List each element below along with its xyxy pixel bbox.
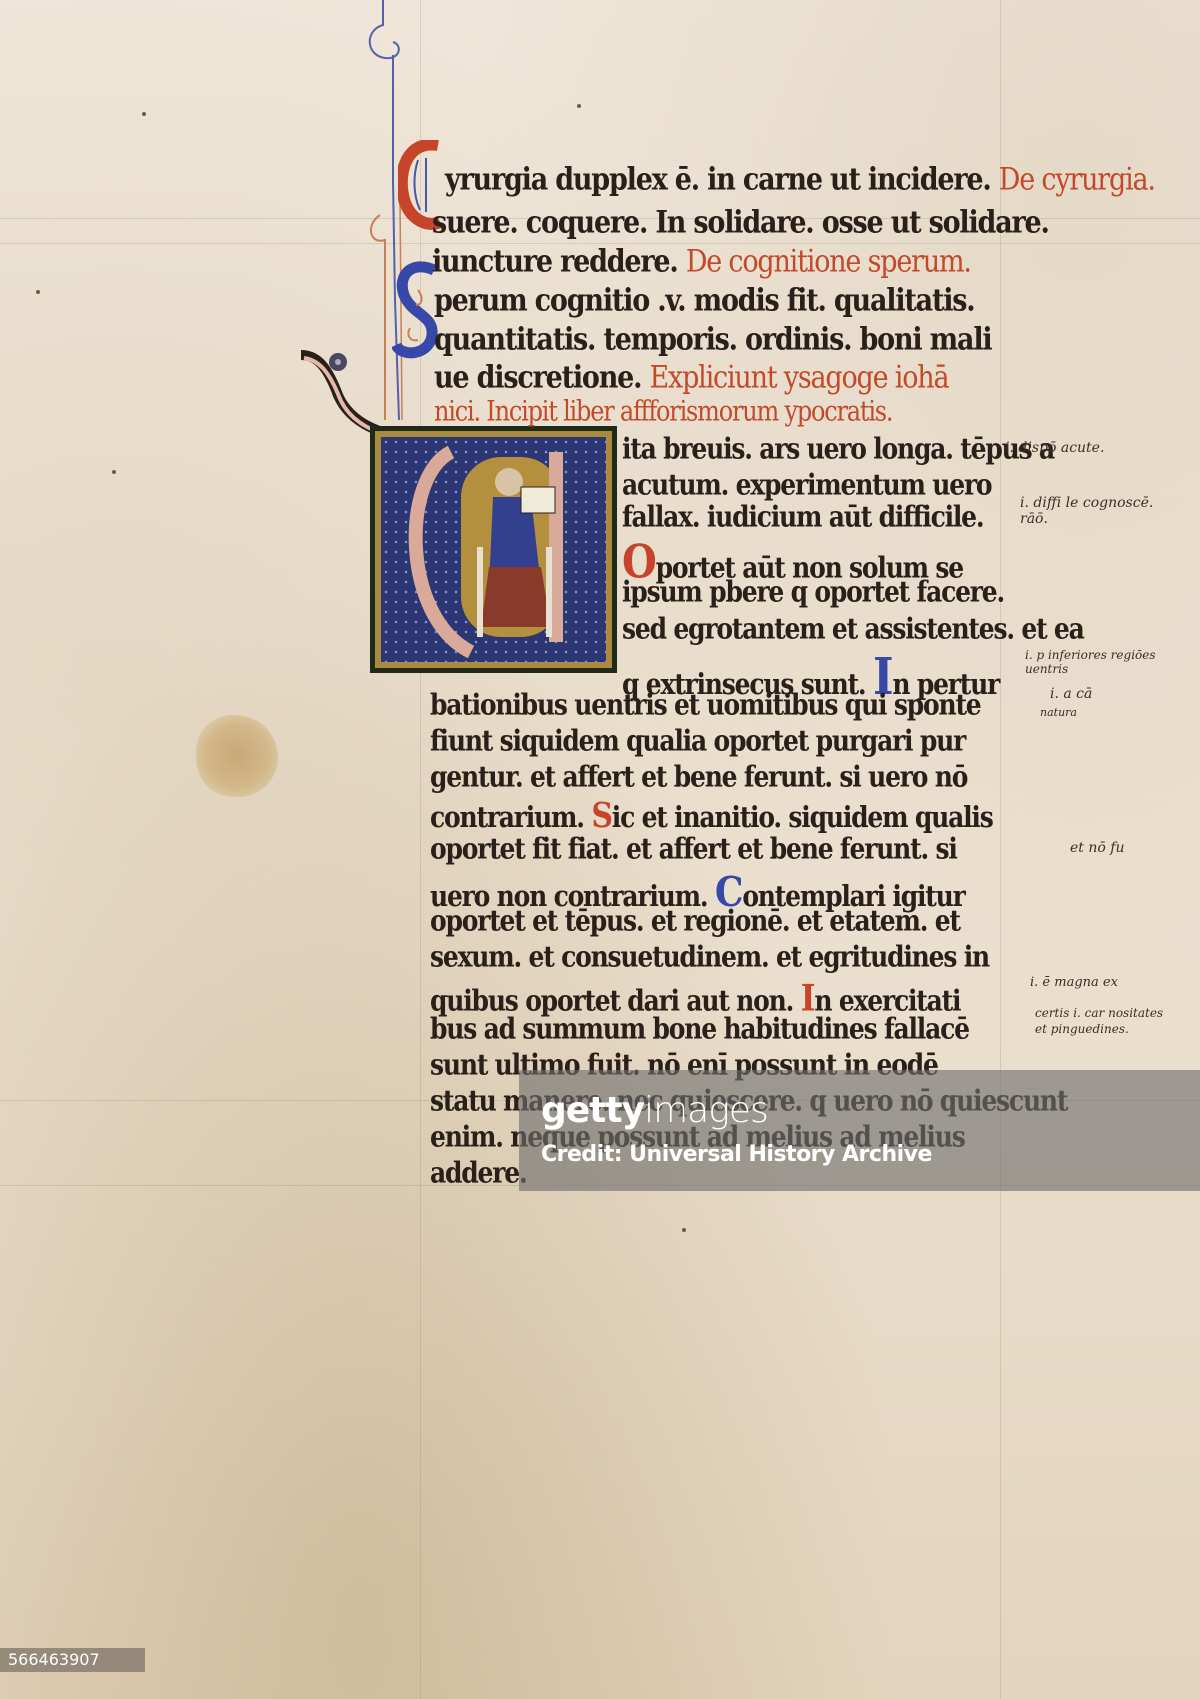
historiated-initial-miniature	[370, 426, 617, 673]
marginal-gloss: i. diffi le cognoscē. rāō.	[1020, 495, 1160, 527]
manuscript-line: fiunt siquidem qualia oportet purgari pu…	[430, 724, 965, 757]
watermark-credit: Credit: Universal History Archive	[541, 1142, 932, 1167]
manuscript-line: contrarium. Sic et inanitio. siquidem qu…	[430, 796, 993, 836]
manuscript-line: perum cognitio .v. modis fit. qualitatis…	[434, 283, 974, 319]
manuscript-line: ipsum pbere q oportet facere.	[622, 575, 1004, 608]
ruling-line-vertical	[1000, 0, 1001, 1699]
marginal-gloss: natura	[1040, 706, 1077, 719]
manuscript-line: addere.	[430, 1156, 526, 1189]
parchment-page: yrurgia dupplex ē. in carne ut incidere.…	[0, 0, 1200, 1699]
ruling-line-vertical	[420, 0, 421, 1699]
manuscript-line: bus ad summum bone habitudines fallacē	[430, 1012, 969, 1045]
marginal-gloss: i. ē magna ex	[1030, 975, 1118, 990]
parchment-speck	[142, 112, 146, 116]
marginal-gloss: i. a cā	[1050, 686, 1092, 702]
manuscript-line: fallax. iudicium aūt difficile.	[622, 500, 983, 533]
marginal-gloss: certis i. car nositates et pinguedines.	[1035, 1005, 1165, 1037]
manuscript-line: sexum. et consuetudinem. et egritudines …	[430, 940, 989, 973]
parchment-speck	[112, 470, 116, 474]
scholar-reading-book-illustration	[381, 437, 604, 660]
manuscript-line: acutum. experimentum uero	[622, 468, 991, 501]
initial-s: S	[591, 796, 611, 836]
parchment-speck	[682, 1228, 686, 1232]
manuscript-line: quantitatis. temporis. ordinis. boni mal…	[434, 322, 991, 358]
manuscript-line: oportet et tēpus. et regionē. et etatem.…	[430, 904, 960, 937]
marginal-gloss: i. dispō acute.	[1005, 440, 1104, 456]
marginal-gloss: i. p inferiores regiōes uentris	[1025, 648, 1185, 676]
getty-images-logo: gettyimages	[541, 1090, 768, 1131]
manuscript-line: sed egrotantem et assistentes. et ea	[622, 612, 1084, 645]
manuscript-line: oportet fit fiat. et affert et bene feru…	[430, 832, 957, 865]
marginal-gloss: et nō fu	[1070, 840, 1124, 856]
manuscript-line: gentur. et affert et bene ferunt. si uer…	[430, 760, 967, 793]
parchment-stain	[196, 715, 278, 797]
image-id-label: 566463907	[0, 1648, 145, 1672]
parchment-speck	[577, 104, 581, 108]
manuscript-line: yrurgia dupplex ē. in carne ut incidere.…	[445, 162, 1155, 198]
manuscript-line: iuncture reddere. De cognitione sperum.	[432, 244, 971, 280]
manuscript-line: ue discretione. Expliciunt ysagoge iohā	[434, 360, 948, 396]
getty-images-watermark: gettyimages Credit: Universal History Ar…	[519, 1070, 1200, 1191]
manuscript-rubric-line: nici. Incipit liber affforismorum ypocra…	[434, 395, 892, 427]
manuscript-line: suere. coquere. In solidare. osse ut sol…	[432, 205, 1049, 241]
manuscript-line: bationibus uentris et uomitibus qui spon…	[430, 688, 981, 721]
manuscript-line: ita breuis. ars uero longa. tēpus a	[622, 432, 1054, 465]
parchment-speck	[36, 290, 40, 294]
